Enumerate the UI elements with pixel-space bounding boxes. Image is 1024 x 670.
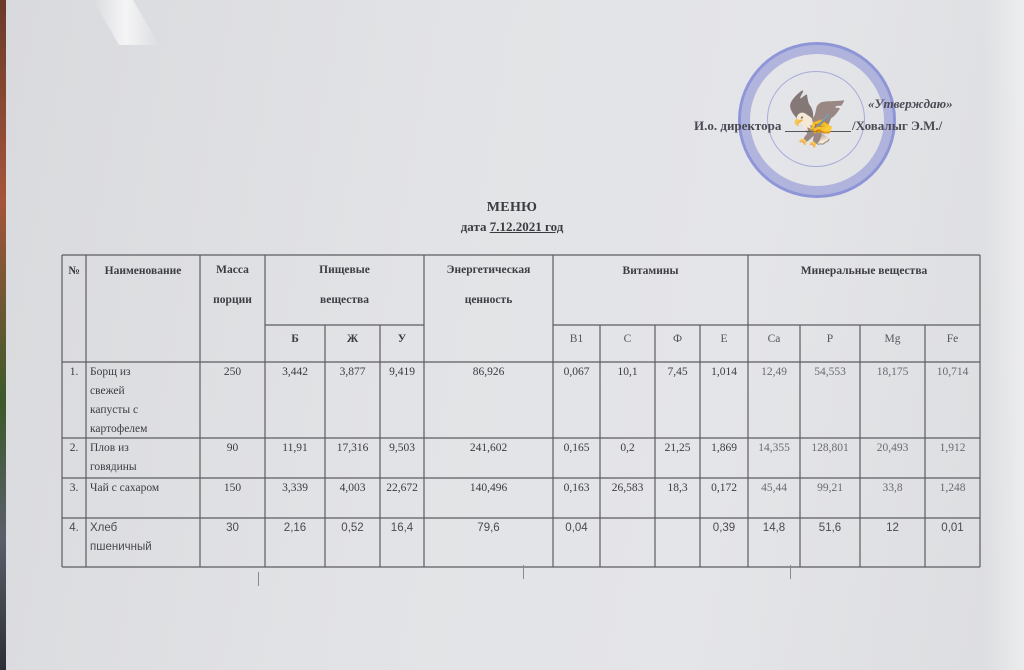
cell-carbs: 22,672 [380,478,424,518]
cell-carbs: 9,419 [380,362,424,438]
cell-c [600,518,655,567]
header-minerals: Минеральные вещества [748,255,980,325]
row-name: Борщ изсвежейкапусты скартофелем [86,362,200,438]
cell-b1: 0,165 [553,438,600,478]
fold-mark [258,572,259,586]
cell-p: 99,21 [800,478,860,518]
subheader-ca: Ca [748,325,800,362]
director-position: И.о. директора [694,118,781,134]
cell-c: 10,1 [600,362,655,438]
fold-mark [790,565,791,579]
subheader-protein: Б [265,325,325,362]
row-name: Хлебпшеничный [86,518,200,567]
subheader-c: C [600,325,655,362]
cell-mass: 250 [200,362,265,438]
subheader-f: Ф [655,325,700,362]
row-name-line: капусты с [90,401,200,420]
row-name-line: Хлеб [90,519,200,538]
cell-e: 0,172 [700,478,748,518]
cell-c: 0,2 [600,438,655,478]
header-mass-line1: Масса [200,255,265,285]
header-energy-line2: ценность [424,285,553,315]
cell-fe: 0,01 [925,518,980,567]
cell-mass: 90 [200,438,265,478]
cell-fe: 1,912 [925,438,980,478]
cell-fe: 10,714 [925,362,980,438]
cell-ca: 12,49 [748,362,800,438]
cell-energy: 86,926 [424,362,553,438]
header-number: № [62,255,86,325]
header-mass-line2: порции [200,285,265,315]
subheader-b1: B1 [553,325,600,362]
cell-carbs: 16,4 [380,518,424,567]
director-name: /Ховалыг Э.М./ [852,118,942,134]
cell-fat: 3,877 [325,362,380,438]
cell-energy: 140,496 [424,478,553,518]
cell-f: 7,45 [655,362,700,438]
row-number: 4. [62,518,86,567]
row-name-line: Борщ из [90,363,200,382]
cell-fat: 17,316 [325,438,380,478]
cell-protein: 11,91 [265,438,325,478]
cell-carbs: 9,503 [380,438,424,478]
document-date-line: дата 7.12.2021 год [0,219,1024,235]
cell-energy: 79,6 [424,518,553,567]
signature-icon: ✍ [808,112,833,136]
cell-ca: 14,8 [748,518,800,567]
cell-e: 1,869 [700,438,748,478]
row-name-line: пшеничный [90,538,200,557]
header-vitamins: Витамины [553,255,748,325]
subheader-p: P [800,325,860,362]
cell-mg: 33,8 [860,478,925,518]
light-glare-right [984,0,1024,670]
cell-fat: 0,52 [325,518,380,567]
cell-b1: 0,163 [553,478,600,518]
fold-mark [523,565,524,579]
document-title: МЕНЮ [0,200,1024,216]
header-energy-line1: Энергетическая [424,255,553,285]
cell-fe: 1,248 [925,478,980,518]
subheader-e: E [700,325,748,362]
cell-e: 1,014 [700,362,748,438]
cell-protein: 2,16 [265,518,325,567]
cell-mg: 12 [860,518,925,567]
row-name: Чай с сахаром [86,478,200,518]
row-number: 3. [62,478,86,518]
cell-p: 128,801 [800,438,860,478]
row-number: 2. [62,438,86,478]
cell-f: 21,25 [655,438,700,478]
subheader-fe: Fe [925,325,980,362]
cell-protein: 3,339 [265,478,325,518]
header-nutrients-line1: Пищевые [265,255,424,285]
row-name-line: Плов из [90,439,200,458]
header-name: Наименование [86,255,200,325]
header-nutrients-line2: вещества [265,285,424,315]
cell-mass: 150 [200,478,265,518]
row-name-line: Чай с сахаром [90,479,200,498]
cell-protein: 3,442 [265,362,325,438]
cell-fat: 4,003 [325,478,380,518]
cell-p: 54,553 [800,362,860,438]
cell-ca: 14,355 [748,438,800,478]
document-date: 7.12.2021 год [490,219,564,234]
cell-f: 18,3 [655,478,700,518]
cell-c: 26,583 [600,478,655,518]
cell-e: 0,39 [700,518,748,567]
header-energy: Энергетическаяценность [424,255,553,325]
cell-f [655,518,700,567]
cell-energy: 241,602 [424,438,553,478]
row-name: Плов изговядины [86,438,200,478]
subheader-fat: Ж [325,325,380,362]
cell-ca: 45,44 [748,478,800,518]
cell-b1: 0,067 [553,362,600,438]
subheader-mg: Mg [860,325,925,362]
light-glare [93,0,159,45]
date-prefix: дата [461,219,487,234]
header-mass: Массапорции [200,255,265,325]
row-name-line: картофелем [90,420,200,439]
row-name-line: говядины [90,458,200,477]
approval-label: «Утверждаю» [868,96,953,112]
subheader-carbs: У [380,325,424,362]
header-nutrients: Пищевыевещества [265,255,424,325]
row-number: 1. [62,362,86,438]
row-name-line: свежей [90,382,200,401]
cell-mg: 18,175 [860,362,925,438]
cell-mass: 30 [200,518,265,567]
cell-mg: 20,493 [860,438,925,478]
cell-p: 51,6 [800,518,860,567]
cell-b1: 0,04 [553,518,600,567]
